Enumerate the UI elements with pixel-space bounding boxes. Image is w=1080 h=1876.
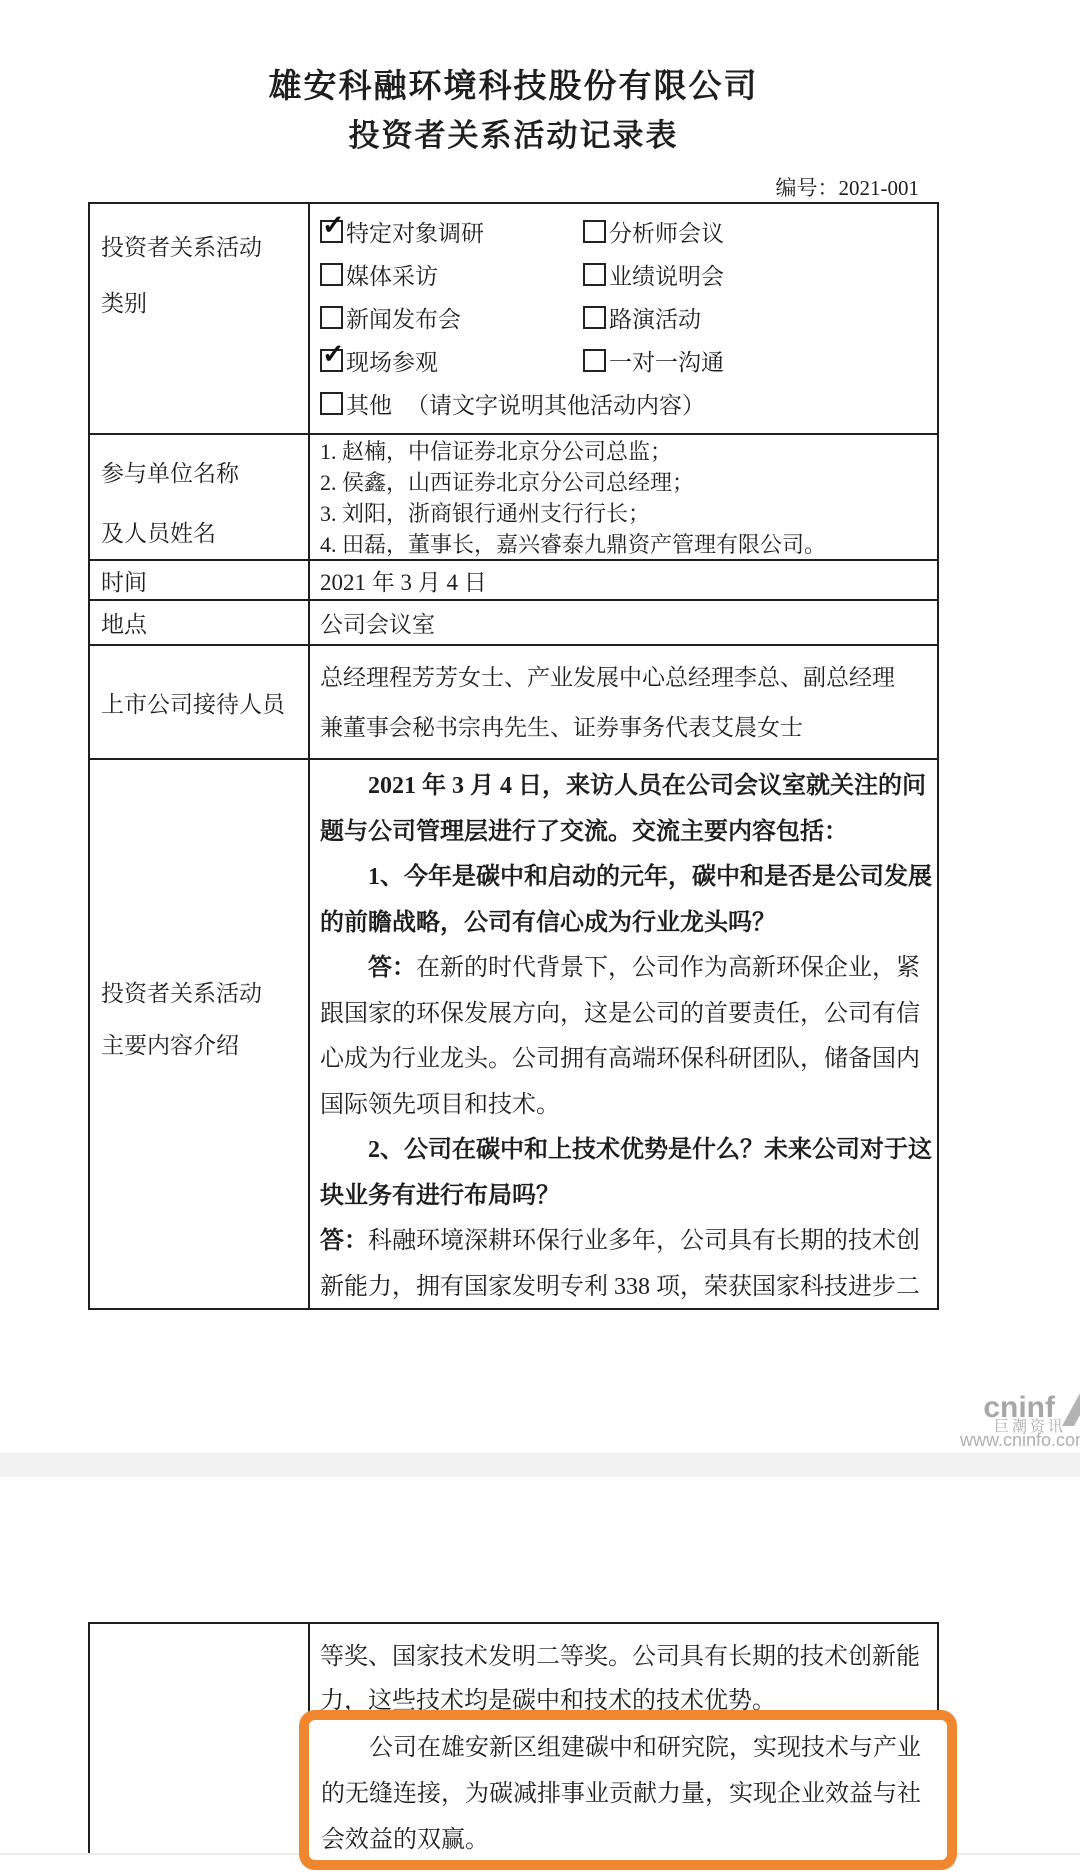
checkbox-item: 其他（请文字说明其他活动内容）: [320, 387, 705, 420]
row-label-place: 地点: [90, 601, 310, 644]
document-page: 雄安科融环境科技股份有限公司 投资者关系活动记录表 编号：2021-001 投资…: [0, 0, 1080, 1876]
checkbox-item: 业绩说明会: [583, 258, 724, 291]
label-line: 投资者关系活动: [101, 968, 308, 1020]
content-line: 题与公司管理层进行了交流。交流主要内容包括：: [320, 810, 925, 856]
checkbox-item: 一对一沟通: [583, 344, 724, 377]
checkmark-icon: ✓: [322, 339, 345, 370]
checkbox-item: ✓特定对象调研: [320, 215, 583, 248]
participant-line: 1. 赵楠，中信证券北京分公司总监；: [320, 436, 925, 467]
place-value: 公司会议室: [310, 601, 937, 644]
row-label-reception-staff: 上市公司接待人员: [90, 646, 310, 758]
label-line: 参与单位名称: [101, 444, 308, 504]
checkbox-label: 现场参观: [346, 344, 438, 377]
page-subtitle: 投资者关系活动记录表: [88, 110, 939, 155]
checkbox-line: ✓现场参观一对一沟通: [320, 339, 925, 382]
checkbox-line: 媒体采访业绩说明会: [320, 253, 925, 296]
unchecked-checkbox-icon: [583, 220, 606, 243]
content-line: 等奖、国家技术发明二等奖。公司具有长期的技术创新能: [320, 1635, 925, 1679]
highlighted-content-line: 的无缝连接，为碳减排事业贡献力量，实现企业效益与社: [321, 1771, 933, 1817]
checked-checkbox-icon: ✓: [320, 349, 343, 372]
checkbox-line: 其他（请文字说明其他活动内容）: [320, 382, 925, 425]
content-line: 答：科融环境深耕环保行业多年，公司具有长期的技术创: [320, 1219, 925, 1265]
unchecked-checkbox-icon: [583, 349, 606, 372]
participants-list: 1. 赵楠，中信证券北京分公司总监；2. 侯鑫，山西证券北京分公司总经理；3. …: [310, 435, 937, 559]
checkbox-label: 媒体采访: [346, 258, 438, 291]
content-line: 心成为行业龙头。公司拥有高端环保科研团队，储备国内: [320, 1037, 925, 1083]
highlighted-content-line: 会效益的双赢。: [321, 1817, 933, 1863]
highlighted-content-line: 公司在雄安新区组建碳中和研究院，实现技术与产业: [321, 1725, 933, 1771]
row-label-activity-category: 投资者关系活动 类别: [90, 204, 310, 433]
content-line: 2、公司在碳中和上技术优势是什么？未来公司对于这: [320, 1128, 925, 1174]
row-time: 时间 2021 年 3 月 4 日: [90, 561, 937, 601]
page-title: 雄安科融环境科技股份有限公司: [88, 60, 939, 107]
checkbox-line: 新闻发布会路演活动: [320, 296, 925, 339]
checkbox-label: 路演活动: [609, 301, 701, 334]
reception-line: 兼董事会秘书宗冉先生、证券事务代表艾晨女士: [320, 703, 925, 753]
content-line: 跟国家的环保发展方向，这是公司的首要责任，公司有信: [320, 992, 925, 1038]
content-line: 1、今年是碳中和启动的元年，碳中和是否是公司发展: [320, 855, 925, 901]
label-line: 类别: [101, 276, 308, 332]
checkbox-item: 路演活动: [583, 301, 701, 334]
participant-line: 3. 刘阳，浙商银行通州支行行长；: [320, 498, 925, 529]
reception-line: 总经理程芳芳女士、产业发展中心总经理李总、副总经理: [320, 653, 925, 703]
label-line: 主要内容介绍: [101, 1020, 308, 1072]
checkbox-label: 新闻发布会: [346, 301, 461, 334]
label-line: 投资者关系活动: [101, 220, 308, 276]
content-line: 新能力，拥有国家发明专利 338 项，荣获国家科技进步二: [320, 1265, 925, 1309]
checkmark-icon: ✓: [322, 210, 345, 241]
checkbox-label: 其他: [346, 387, 392, 420]
row-label-participants: 参与单位名称 及人员姓名: [90, 435, 310, 559]
content-line: 块业务有进行布局吗？: [320, 1174, 925, 1220]
activity-type-checkbox-grid: ✓特定对象调研分析师会议媒体采访业绩说明会新闻发布会路演活动✓现场参观一对一沟通…: [310, 204, 937, 433]
answer-lead-label: 答：: [320, 1228, 368, 1254]
participant-line: 4. 田磊，董事长，嘉兴睿泰九鼎资产管理有限公司。: [320, 529, 925, 559]
row-place: 地点 公司会议室: [90, 601, 937, 646]
checkbox-item: 媒体采访: [320, 258, 583, 291]
checkbox-item: 新闻发布会: [320, 301, 583, 334]
checkbox-label: 一对一沟通: [609, 344, 724, 377]
checkbox-label: 业绩说明会: [609, 258, 724, 291]
checkbox-item: 分析师会议: [583, 215, 724, 248]
content-line: 的前瞻战略，公司有信心成为行业龙头吗？: [320, 901, 925, 947]
cninfo-watermark-url: www.cninfo.com: [960, 1430, 1080, 1451]
highlight-annotation-box: 公司在雄安新区组建碳中和研究院，实现技术与产业的无缝连接，为碳减排事业贡献力量，…: [299, 1710, 957, 1870]
time-value: 2021 年 3 月 4 日: [310, 561, 937, 599]
reception-staff-text: 总经理程芳芳女士、产业发展中心总经理李总、副总经理兼董事会秘书宗冉先生、证券事务…: [310, 646, 937, 758]
row-activity-category: 投资者关系活动 类别 ✓特定对象调研分析师会议媒体采访业绩说明会新闻发布会路演活…: [90, 204, 937, 435]
unchecked-checkbox-icon: [320, 392, 343, 415]
page-separator-band: [0, 1453, 1080, 1477]
unchecked-checkbox-icon: [320, 306, 343, 329]
row-label-time: 时间: [90, 561, 310, 599]
row-main-content: 投资者关系活动 主要内容介绍 2021 年 3 月 4 日，来访人员在公司会议室…: [90, 760, 937, 1308]
answer-lead-label: 答：: [368, 955, 416, 981]
checkbox-label: 分析师会议: [609, 215, 724, 248]
row-label-main-content: 投资者关系活动 主要内容介绍: [90, 760, 310, 1308]
checked-checkbox-icon: ✓: [320, 220, 343, 243]
content-line: 国际领先项目和技术。: [320, 1083, 925, 1129]
row-label-empty: [90, 1624, 310, 1855]
content-line: 答：在新的时代背景下，公司作为高新环保企业，紧: [320, 946, 925, 992]
doc-number: 编号：2021-001: [0, 172, 919, 202]
unchecked-checkbox-icon: [583, 306, 606, 329]
label-line: 及人员姓名: [101, 504, 308, 564]
content-line: 2021 年 3 月 4 日，来访人员在公司会议室就关注的问: [320, 764, 925, 810]
checkbox-item: ✓现场参观: [320, 344, 583, 377]
activity-record-table: 投资者关系活动 类别 ✓特定对象调研分析师会议媒体采访业绩说明会新闻发布会路演活…: [88, 202, 939, 1310]
participant-line: 2. 侯鑫，山西证券北京分公司总经理；: [320, 467, 925, 498]
main-content-text-page1: 2021 年 3 月 4 日，来访人员在公司会议室就关注的问题与公司管理层进行了…: [310, 760, 937, 1308]
unchecked-checkbox-icon: [320, 263, 343, 286]
unchecked-checkbox-icon: [583, 263, 606, 286]
row-participants: 参与单位名称 及人员姓名 1. 赵楠，中信证券北京分公司总监；2. 侯鑫，山西证…: [90, 435, 937, 561]
checkbox-other-hint: （请文字说明其他活动内容）: [406, 387, 705, 420]
checkbox-label: 特定对象调研: [346, 215, 484, 248]
row-reception-staff: 上市公司接待人员 总经理程芳芳女士、产业发展中心总经理李总、副总经理兼董事会秘书…: [90, 646, 937, 760]
checkbox-line: ✓特定对象调研分析师会议: [320, 210, 925, 253]
